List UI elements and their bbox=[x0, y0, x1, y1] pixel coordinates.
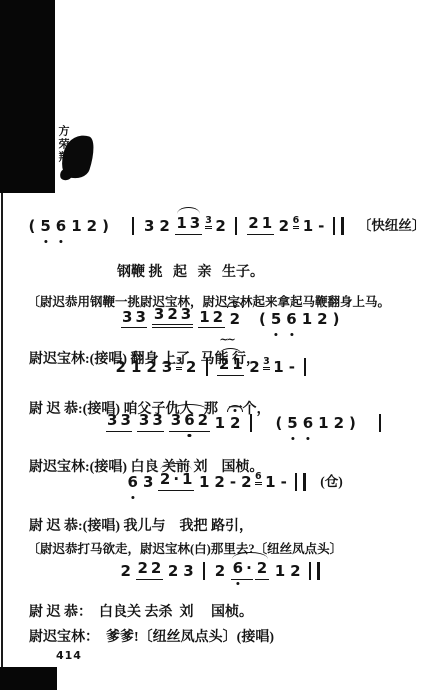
note: 6 bbox=[233, 560, 243, 577]
note: - bbox=[281, 474, 287, 491]
low-octave-dot bbox=[290, 333, 293, 336]
low-octave-dot bbox=[274, 333, 277, 336]
note: 1 bbox=[273, 359, 283, 376]
note: 1 bbox=[176, 215, 186, 232]
music-line-1: (5612)32133221261-〔快纽丝〕 bbox=[26, 215, 425, 235]
note: ) bbox=[333, 311, 340, 328]
beamed-note-group: 22 bbox=[136, 560, 163, 580]
low-octave-dot bbox=[44, 240, 47, 243]
note: 5 bbox=[287, 415, 297, 432]
note: 3 bbox=[162, 359, 172, 376]
note: 3 bbox=[135, 309, 145, 326]
note: 2 bbox=[116, 359, 126, 376]
note: 3 bbox=[183, 563, 193, 580]
barline bbox=[132, 217, 134, 235]
grace-note: 6 bbox=[293, 216, 300, 230]
barline bbox=[250, 414, 252, 432]
note: 6 bbox=[56, 218, 66, 235]
note: 2 bbox=[215, 563, 225, 580]
note: ( bbox=[29, 218, 36, 235]
note: 2 bbox=[186, 359, 196, 376]
tempo-pattern-label: 〔快纽丝〕 bbox=[358, 218, 426, 233]
slur-note-group: 21 bbox=[217, 356, 244, 376]
note: 1 bbox=[182, 471, 192, 488]
grace-note: 3 bbox=[263, 357, 270, 371]
note: 2 bbox=[159, 218, 169, 235]
note: 2 bbox=[249, 359, 259, 376]
scan-black-bar-top-left bbox=[0, 0, 55, 193]
note: 2 bbox=[198, 412, 208, 429]
note: 3 bbox=[190, 215, 200, 232]
note: 3 bbox=[143, 474, 153, 491]
note: 1 bbox=[318, 415, 328, 432]
music-line-2: 33323122(5612) bbox=[118, 306, 342, 328]
final-barline bbox=[333, 217, 344, 235]
barline bbox=[304, 358, 306, 376]
note: 2 bbox=[167, 306, 177, 323]
note: ( bbox=[259, 311, 266, 328]
note: ) bbox=[102, 218, 109, 235]
barline bbox=[379, 414, 381, 432]
speaker-name: 尉迟宝林:(接唱) bbox=[29, 460, 127, 475]
note: 5 bbox=[40, 218, 50, 235]
note: 1 bbox=[265, 474, 275, 491]
slur-note-group: 13 bbox=[175, 215, 202, 235]
beamed-note-group: 12 bbox=[198, 309, 225, 329]
music-line-4: 333336212(5612) bbox=[103, 412, 388, 432]
note: 1 bbox=[71, 218, 81, 235]
grace-note: 3 bbox=[176, 357, 183, 371]
beamed-note-group: 6· bbox=[231, 560, 253, 580]
note: 2 bbox=[257, 560, 267, 577]
beamed-note-group: 33 bbox=[137, 412, 164, 432]
note: 2 bbox=[248, 215, 258, 232]
note: 2 bbox=[146, 359, 156, 376]
note-with-fermata: 2 bbox=[230, 415, 240, 432]
low-octave-dot bbox=[291, 437, 294, 440]
beamed-note-group: 2 bbox=[255, 560, 268, 580]
note: 1 bbox=[199, 474, 209, 491]
note: 2 bbox=[137, 560, 147, 577]
note: 1 bbox=[215, 415, 225, 432]
scan-black-bar-bottom-left bbox=[0, 667, 57, 690]
music-line-3: 21233221231- bbox=[113, 356, 313, 376]
tempo-pattern-label: (仓) bbox=[320, 474, 343, 489]
barline bbox=[206, 358, 208, 376]
low-octave-dot bbox=[59, 240, 62, 243]
barline bbox=[203, 562, 205, 580]
note: 2 bbox=[168, 563, 178, 580]
note: 2 bbox=[121, 563, 131, 580]
note-with-fermata: 2 bbox=[230, 311, 240, 328]
page-number: 414 bbox=[56, 649, 82, 662]
note: 1 bbox=[131, 359, 141, 376]
music-line-5: 632·112-261-(仓) bbox=[125, 471, 343, 491]
note: - bbox=[230, 474, 236, 491]
beamed-note-group: 21 bbox=[247, 215, 274, 235]
beamed-note-group: 33 bbox=[106, 412, 133, 432]
final-barline bbox=[309, 562, 320, 580]
lyric-text: 爹爹!〔纽丝凤点头〕(接唱) bbox=[99, 630, 274, 645]
note: 3 bbox=[181, 306, 191, 323]
score-book-page: 方荣翔 (5612)32133221261-〔快纽丝〕 钢鞭 挑 起 亲 生子。… bbox=[0, 0, 444, 690]
slur-note-group: 2·1 bbox=[158, 471, 194, 491]
beamed-note-group: 33 bbox=[121, 309, 148, 329]
note: 1 bbox=[199, 309, 209, 326]
note: 6 bbox=[303, 415, 313, 432]
ink-blot-small bbox=[59, 168, 74, 181]
note: 2 bbox=[87, 218, 97, 235]
grace-note: 3 bbox=[205, 216, 212, 230]
grace-note: 6 bbox=[255, 472, 262, 486]
low-octave-dot bbox=[188, 434, 191, 437]
note: 3 bbox=[107, 412, 117, 429]
note: 2 bbox=[214, 474, 224, 491]
stage-text: 〔尉迟恭打马欲走，尉迟宝林(白)那里去?〔纽丝凤点头〕 bbox=[28, 542, 343, 556]
beamed-note-group: 323 bbox=[152, 306, 192, 328]
note: 3 bbox=[120, 412, 130, 429]
music-line-6: 2222326·212 bbox=[118, 560, 326, 580]
note: ( bbox=[275, 415, 282, 432]
note: 2 bbox=[279, 218, 289, 235]
note: 6 bbox=[184, 412, 194, 429]
note: · bbox=[246, 560, 252, 577]
note: 3 bbox=[152, 412, 162, 429]
note: 5 bbox=[271, 311, 281, 328]
note: 2 bbox=[219, 356, 229, 373]
final-barline bbox=[295, 473, 306, 491]
note: 2 bbox=[241, 474, 251, 491]
low-octave-dot bbox=[306, 437, 309, 440]
note: 2 bbox=[215, 218, 225, 235]
note: · bbox=[173, 471, 179, 488]
slur-note-group: 6·2 bbox=[230, 560, 270, 580]
slur-note-group: 362 bbox=[169, 412, 209, 432]
note: 6 bbox=[128, 474, 138, 491]
note: 2 bbox=[213, 309, 223, 326]
note: 1 bbox=[232, 356, 242, 373]
note: 1 bbox=[303, 218, 313, 235]
note: - bbox=[289, 359, 295, 376]
barline bbox=[235, 217, 237, 235]
note: 2 bbox=[317, 311, 327, 328]
note: 3 bbox=[122, 309, 132, 326]
note: 2 bbox=[290, 563, 300, 580]
note: 2 bbox=[160, 471, 170, 488]
note: ) bbox=[349, 415, 356, 432]
note: 3 bbox=[139, 412, 149, 429]
note: 2 bbox=[151, 560, 161, 577]
lyric-line-7: 尉迟宝林： 爹爹!〔纽丝凤点头〕(接唱) bbox=[15, 610, 274, 662]
speaker-name: 尉迟宝林： bbox=[29, 630, 99, 645]
note: 3 bbox=[171, 412, 181, 429]
note: 1 bbox=[302, 311, 312, 328]
note: 6 bbox=[286, 311, 296, 328]
note: 3 bbox=[154, 306, 164, 323]
note: - bbox=[318, 218, 324, 235]
note: 3 bbox=[144, 218, 154, 235]
note: 1 bbox=[275, 563, 285, 580]
note: 2 bbox=[334, 415, 344, 432]
note: 1 bbox=[262, 215, 272, 232]
